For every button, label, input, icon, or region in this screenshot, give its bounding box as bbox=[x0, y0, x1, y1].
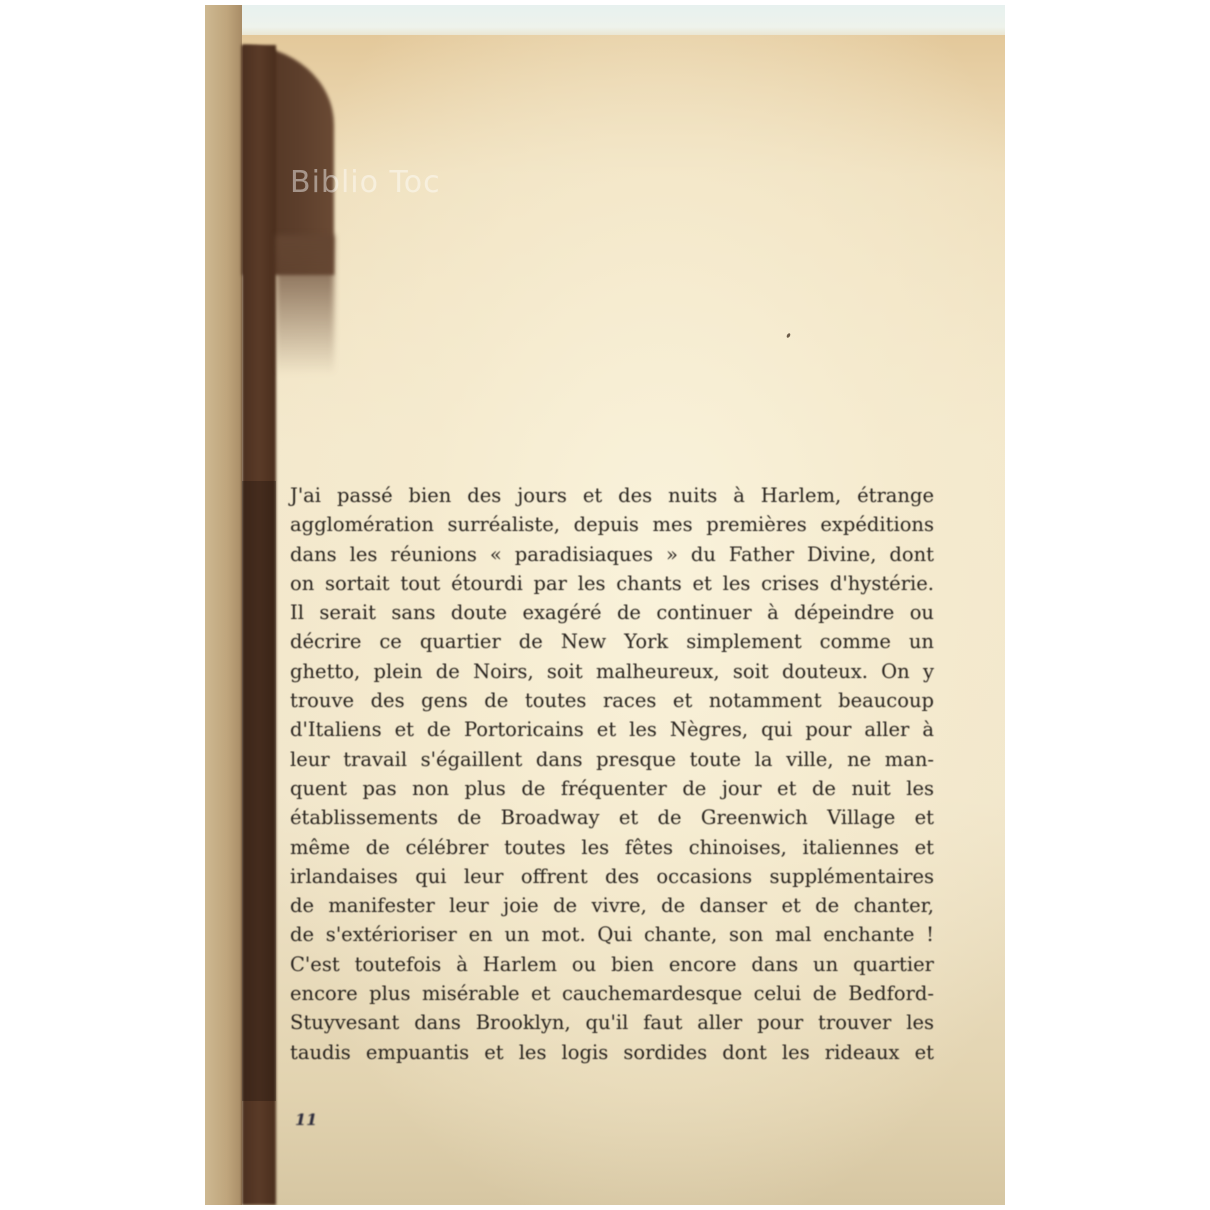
book-photo: Biblio Toc J'ai passé bien des jours et … bbox=[205, 5, 1005, 1205]
text-line: Il serait sans doute exagéré de continue… bbox=[290, 598, 934, 627]
text-line: agglomération surréaliste, depuis mes pr… bbox=[290, 510, 934, 539]
text-line: d'Italiens et de Portoricains et les Nèg… bbox=[290, 715, 934, 744]
text-line: irlandaises qui leur offrent des occasio… bbox=[290, 862, 934, 891]
text-line: quent pas non plus de fréquenter de jour… bbox=[290, 774, 934, 803]
text-line: de s'extérioriser en un mot. Qui chante,… bbox=[290, 920, 934, 949]
text-line: leur travail s'égaillent dans presque to… bbox=[290, 745, 934, 774]
text-line: dans les réunions « paradisiaques » du F… bbox=[290, 540, 934, 569]
watermark: Biblio Toc bbox=[290, 165, 441, 200]
book-spine bbox=[242, 45, 276, 1205]
text-line: trouve des gens de toutes races et notam… bbox=[290, 686, 934, 715]
page-number: 11 bbox=[295, 1110, 317, 1129]
text-line: encore plus misérable et cauchemardesque… bbox=[290, 979, 934, 1008]
spine-shadow bbox=[276, 235, 334, 375]
text-line: décrire ce quartier de New York simpleme… bbox=[290, 627, 934, 656]
book-edge-strip bbox=[205, 5, 242, 1205]
text-line: C'est toutefois à Harlem ou bien encore … bbox=[290, 950, 934, 979]
text-line: même de célébrer toutes les fêtes chinoi… bbox=[290, 833, 934, 862]
text-line: ghetto, plein de Noirs, soit malheureux,… bbox=[290, 657, 934, 686]
text-line: Stuyvesant dans Brooklyn, qu'il faut all… bbox=[290, 1008, 934, 1037]
text-line: J'ai passé bien des jours et des nuits à… bbox=[290, 481, 934, 510]
text-line: taudis empuantis et les logis sordides d… bbox=[290, 1038, 934, 1067]
body-text: J'ai passé bien des jours et des nuits à… bbox=[290, 481, 934, 1067]
text-line: établissements de Broadway et de Greenwi… bbox=[290, 803, 934, 832]
text-line: de manifester leur joie de vivre, de dan… bbox=[290, 891, 934, 920]
text-line: on sortait tout étourdi par les chants e… bbox=[290, 569, 934, 598]
